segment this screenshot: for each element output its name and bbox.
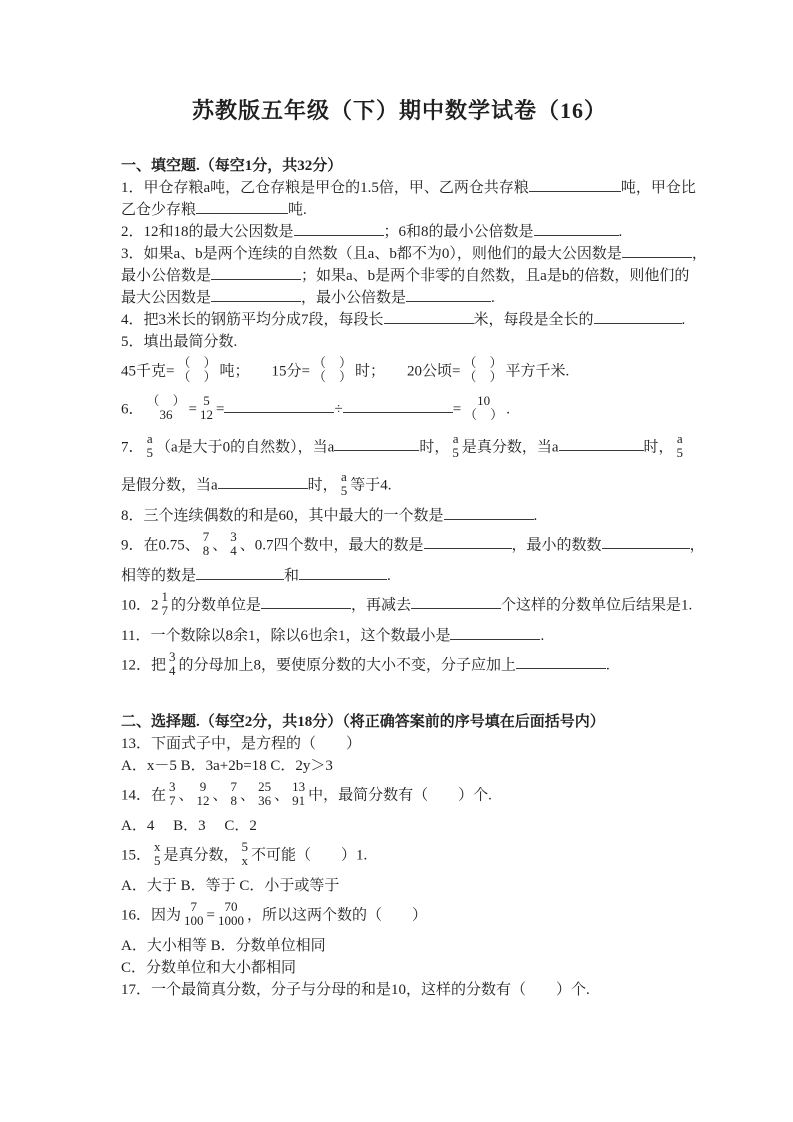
text-segment: 16．因为	[121, 907, 181, 923]
fraction-denominator: 12	[199, 408, 214, 422]
q15-line: 15．x5是真分数，5x不可能（ ）1.	[121, 837, 678, 875]
section1-heading: 一、填空题.（每空1分，共32分）	[121, 155, 678, 177]
fraction-denominator: 5	[340, 484, 349, 498]
fraction-numerator: 25	[257, 780, 272, 794]
fraction-denominator: （ ）	[176, 370, 217, 384]
fraction-denominator: 100	[183, 914, 205, 928]
text-segment: ，	[690, 537, 705, 553]
text-segment: =	[207, 907, 215, 923]
section1-fill-in-questions: 1．甲仓存粮a吨，乙仓存粮是甲仓的1.5倍，甲、乙两仓共存粮吨，甲仓比乙仓少存粮…	[121, 177, 678, 685]
text-segment: 6．	[121, 401, 144, 417]
text-segment: 吨.	[288, 202, 307, 218]
fraction-denominator: 12	[196, 794, 211, 808]
text-segment: 5．填出最简分数.	[121, 334, 237, 350]
q7-line-2: 是假分数，当a时，a5等于4.	[121, 467, 678, 505]
blank-field	[224, 399, 334, 413]
text-segment: 等于4.	[350, 477, 391, 493]
text-segment: 13．下面式子中，是方程的（ ）	[121, 736, 361, 752]
fraction: （ ）（ ）	[176, 356, 217, 384]
text-segment: .	[534, 508, 538, 524]
text-segment: =	[216, 401, 224, 417]
blank-field	[196, 566, 284, 580]
fraction: 10（ ）	[463, 394, 504, 422]
blank-field	[594, 310, 682, 324]
text-segment: C．分数单位和大小都相同	[121, 960, 296, 976]
section2-heading: 二、选择题.（每空2分，共18分）（将正确答案前的序号填在后面括号内）	[121, 711, 678, 733]
fraction-numerator: （ ）	[312, 356, 353, 370]
text-segment: 最大公因数是	[121, 290, 211, 306]
fraction-denominator: 1000	[217, 914, 245, 928]
blank-field	[516, 655, 606, 669]
blank-field	[450, 626, 540, 640]
blank-field	[384, 310, 474, 324]
text-segment: 时，	[644, 439, 674, 455]
fraction-numerator: （ ）	[146, 394, 187, 408]
text-segment: ；6和8的最小公倍数是	[384, 224, 534, 240]
fraction: 1391	[291, 780, 306, 808]
fraction-numerator: a	[452, 432, 460, 446]
fraction: （ ）36	[146, 394, 187, 422]
text-segment: 1．甲仓存粮a吨，乙仓存粮是甲仓的1.5倍，甲、乙两仓共存粮	[121, 180, 529, 196]
q15-options: A．大于 B．等于 C．小于或等于	[121, 875, 678, 897]
fraction-denominator: 4	[168, 664, 177, 678]
fraction-denominator: 36	[159, 408, 174, 422]
q10-line: 10．217的分数单位是，再减去个这样的分数单位后结果是1.	[121, 587, 678, 625]
text-segment: A．4 B．3 C．2	[121, 818, 257, 834]
fraction: （ ）（ ）	[462, 356, 503, 384]
text-segment: =	[189, 401, 197, 417]
q9-line-2: 相等的数是和.	[121, 565, 678, 587]
fraction: 78	[230, 780, 239, 808]
text-segment: 2．12和18的最大公因数是	[121, 224, 294, 240]
fraction-numerator: 70	[223, 900, 238, 914]
fraction-denominator: 8	[202, 544, 211, 558]
fraction: a5	[340, 470, 349, 498]
text-segment: 个这样的分数单位后结果是1.	[501, 597, 692, 613]
fraction-numerator: 5	[202, 394, 211, 408]
text-segment: ，所以这两个数的（ ）	[247, 907, 427, 923]
text-segment: 4．把3米长的钢筋平均分成7段，每段长	[121, 312, 384, 328]
blank-field	[559, 437, 644, 451]
fraction: 5x	[241, 840, 250, 868]
fraction-numerator: 3	[168, 650, 177, 664]
fraction-numerator: a	[676, 432, 684, 446]
blank-field	[534, 222, 619, 236]
fraction: （ ）（ ）	[312, 356, 353, 384]
fraction-denominator: 36	[257, 794, 272, 808]
text-segment: 、0.7四个数中，最大的数是	[240, 537, 424, 553]
text-segment: 是真分数，	[164, 847, 239, 863]
fraction-numerator: 13	[291, 780, 306, 794]
fraction-denominator: 5	[676, 446, 685, 460]
fraction-denominator: 7	[168, 794, 177, 808]
fraction-numerator: （ ）	[176, 356, 217, 370]
blank-field	[444, 506, 534, 520]
text-segment: 最小公倍数是	[121, 268, 211, 284]
fraction-denominator: 91	[291, 794, 306, 808]
fraction: 701000	[217, 900, 245, 928]
q12-line: 12．把34的分母加上8，要使原分数的大小不变，分子应加上.	[121, 647, 678, 685]
fraction-denominator: 4	[229, 544, 238, 558]
q9-line-1: 9．在0.75、78、34、0.7四个数中，最大的数是，最小的数数，	[121, 527, 678, 565]
blank-field	[294, 222, 384, 236]
fraction-denominator: 8	[230, 794, 239, 808]
text-segment: ，最小公倍数是	[301, 290, 406, 306]
fraction-denominator: 5	[146, 446, 155, 460]
fraction-denominator: 5	[451, 446, 460, 460]
blank-field	[211, 266, 301, 280]
fraction-numerator: 7	[202, 530, 211, 544]
text-segment: 、	[274, 787, 289, 803]
document-page: 苏教版五年级（下）期中数学试卷（16） 一、填空题.（每空1分，共32分） 1．…	[0, 0, 793, 1122]
text-segment: 11．一个数除以8余1，除以6也余1，这个数最小是	[121, 628, 450, 644]
fraction: a5	[146, 432, 155, 460]
text-segment: A．大小相等 B．分数单位相同	[121, 938, 326, 954]
q14-options: A．4 B．3 C．2	[121, 815, 678, 837]
fraction: 34	[229, 530, 238, 558]
fraction-denominator: （ ）	[462, 370, 503, 384]
text-segment: ，	[692, 246, 707, 262]
q16-options-1: A．大小相等 B．分数单位相同	[121, 935, 678, 957]
text-segment: 、	[213, 787, 228, 803]
q17-line: 17．一个最简真分数，分子与分母的和是10，这样的分数有（ ）个.	[121, 979, 678, 1001]
q1-line-1: 1．甲仓存粮a吨，乙仓存粮是甲仓的1.5倍，甲、乙两仓共存粮吨，甲仓比	[121, 177, 678, 199]
fraction-numerator: a	[340, 470, 348, 484]
fraction: 34	[168, 650, 177, 678]
blank-field	[218, 475, 308, 489]
fraction: 17	[161, 590, 170, 618]
q8-line: 8．三个连续偶数的和是60，其中最大的一个数是.	[121, 505, 678, 527]
q13-options: A．x－5 B．3a+2b=18 C．2y＞3	[121, 755, 678, 777]
text-segment: 7．	[121, 439, 144, 455]
fraction-denominator: （ ）	[463, 408, 504, 422]
text-segment: 17．一个最简真分数，分子与分母的和是10，这样的分数有（ ）个.	[121, 982, 590, 998]
text-segment: 3．如果a、b是两个连续的自然数（且a、b都不为0），则他们的最大公因数是	[121, 246, 622, 262]
text-segment: 米，每段是全长的	[474, 312, 594, 328]
fraction-denominator: x	[241, 854, 250, 868]
fraction: 512	[199, 394, 214, 422]
fraction: x5	[153, 840, 162, 868]
q4-line: 4．把3米长的钢筋平均分成7段，每段长米，每段是全长的.	[121, 309, 678, 331]
fraction-numerator: 5	[241, 840, 250, 854]
text-segment: 、	[240, 787, 255, 803]
blank-field	[622, 244, 692, 258]
text-segment: ÷	[334, 401, 342, 417]
text-segment: 时；	[355, 363, 385, 379]
fraction-denominator: （ ）	[312, 370, 353, 384]
text-segment: A．大于 B．等于 C．小于或等于	[121, 878, 339, 894]
blank-field	[529, 178, 621, 192]
fraction-denominator: 5	[153, 854, 162, 868]
page-title: 苏教版五年级（下）期中数学试卷（16）	[121, 97, 678, 125]
fraction: a5	[676, 432, 685, 460]
text-segment: 15分=	[272, 363, 310, 379]
text-segment: 是假分数，当a	[121, 477, 218, 493]
blank-field	[299, 566, 387, 580]
text-segment: 14．在	[121, 787, 166, 803]
fraction-numerator: 7	[230, 780, 239, 794]
q1-line-2: 乙仓少存粮吨.	[121, 199, 678, 221]
fraction: 7100	[183, 900, 205, 928]
fraction: 2536	[257, 780, 272, 808]
q7-line-1: 7．a5（a是大于0的自然数），当a时，a5是真分数，当a时，a5	[121, 429, 678, 467]
blank-field	[211, 288, 301, 302]
blank-field	[411, 595, 501, 609]
fraction: 912	[196, 780, 211, 808]
q13-line: 13．下面式子中，是方程的（ ）	[121, 733, 678, 755]
text-segment: .	[387, 568, 391, 584]
text-segment: 中，最简分数有（ ）个.	[308, 787, 492, 803]
text-segment: =	[453, 401, 461, 417]
q5-line-2: 45千克=（ ）（ ）吨；15分=（ ）（ ）时；20公顷=（ ）（ ）平方千米…	[121, 353, 678, 391]
text-segment: 时，	[419, 439, 449, 455]
text-segment: .	[682, 312, 686, 328]
blank-field	[343, 399, 453, 413]
q2-line: 2．12和18的最大公因数是；6和8的最小公倍数是.	[121, 221, 678, 243]
fraction-numerator: 9	[199, 780, 208, 794]
text-segment: 时，	[308, 477, 338, 493]
text-segment: 平方千米.	[505, 363, 569, 379]
blank-field	[424, 535, 512, 549]
q3-line-3: 最大公因数是，最小公倍数是.	[121, 287, 678, 309]
q11-line: 11．一个数除以8余1，除以6也余1，这个数最小是.	[121, 625, 678, 647]
text-segment: .	[619, 224, 623, 240]
section2-choice-questions: 13．下面式子中，是方程的（ ）A．x－5 B．3a+2b=18 C．2y＞31…	[121, 733, 678, 1001]
fraction: 78	[202, 530, 211, 558]
blank-field	[261, 595, 351, 609]
text-segment: 15．	[121, 847, 151, 863]
q16-options-2: C．分数单位和大小都相同	[121, 957, 678, 979]
fraction-numerator: a	[146, 432, 154, 446]
text-segment: 45千克=	[121, 363, 174, 379]
text-segment: A．x－5 B．3a+2b=18 C．2y＞3	[121, 758, 333, 774]
blank-field	[196, 200, 288, 214]
text-segment: 吨，甲仓比	[621, 180, 696, 196]
fraction-numerator: 10	[476, 394, 491, 408]
text-segment: ，再减去	[351, 597, 411, 613]
text-segment: ；如果a、b是两个非零的自然数，且a是b的倍数，则他们的	[301, 268, 689, 284]
text-segment: 的分母加上8，要使原分数的大小不变，分子应加上	[179, 657, 517, 673]
text-segment: 、	[212, 537, 227, 553]
text-segment: .	[506, 401, 510, 417]
fraction-numerator: （ ）	[462, 356, 503, 370]
text-segment: 吨；	[219, 363, 249, 379]
fraction-numerator: 3	[229, 530, 238, 544]
text-segment: .	[540, 628, 544, 644]
text-segment: 、	[179, 787, 194, 803]
fraction-numerator: 3	[168, 780, 177, 794]
text-segment: （a是大于0的自然数），当a	[156, 439, 334, 455]
fraction-numerator: 7	[190, 900, 199, 914]
blank-field	[406, 288, 491, 302]
fraction-numerator: x	[153, 840, 162, 854]
text-segment: 9．在0.75、	[121, 537, 200, 553]
q3-line-2: 最小公倍数是；如果a、b是两个非零的自然数，且a是b的倍数，则他们的	[121, 265, 678, 287]
blank-field	[334, 437, 419, 451]
blank-field	[602, 535, 690, 549]
text-segment: 不可能（ ）1.	[251, 847, 367, 863]
text-segment: 是真分数，当a	[462, 439, 559, 455]
text-segment: 相等的数是	[121, 568, 196, 584]
fraction-denominator: 7	[161, 604, 170, 618]
text-segment: 8．三个连续偶数的和是60，其中最大的一个数是	[121, 508, 444, 524]
q16-line: 16．因为7100=701000，所以这两个数的（ ）	[121, 897, 678, 935]
text-segment: 20公顷=	[407, 363, 460, 379]
text-segment: ，最小的数数	[512, 537, 602, 553]
fraction: 37	[168, 780, 177, 808]
text-segment: 乙仓少存粮	[121, 202, 196, 218]
text-segment: 10．2	[121, 597, 159, 613]
text-segment: 的分数单位是	[171, 597, 261, 613]
text-segment: .	[491, 290, 495, 306]
fraction-numerator: 1	[161, 590, 170, 604]
text-segment: 和	[284, 568, 299, 584]
q3-line-1: 3．如果a、b是两个连续的自然数（且a、b都不为0），则他们的最大公因数是，	[121, 243, 678, 265]
text-segment: 12．把	[121, 657, 166, 673]
q5-line-1: 5．填出最简分数.	[121, 331, 678, 353]
text-segment: .	[606, 657, 610, 673]
q6-line: 6．（ ）36=512=÷=10（ ）.	[121, 391, 678, 429]
fraction: a5	[451, 432, 460, 460]
q14-line: 14．在37、912、78、2536、1391中，最简分数有（ ）个.	[121, 777, 678, 815]
